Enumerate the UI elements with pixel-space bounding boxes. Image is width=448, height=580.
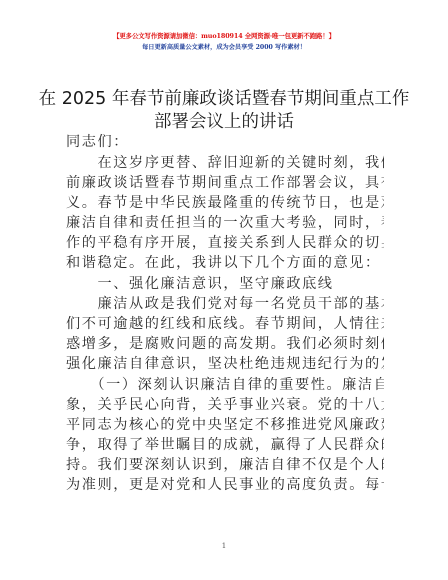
promo-header-line-2: 每日更新高质量公文素材，成为会员享受 2000 写作素材！: [0, 42, 448, 51]
subsection-line: （一）深刻认识廉洁自律的重要性。廉洁自律关乎党的形: [66, 375, 384, 395]
paragraph-line: 和谐稳定。在此，我讲以下几个方面的意见：: [66, 253, 384, 273]
page-number: 1: [0, 542, 448, 550]
paragraph-line: 前廉政谈话暨春节期间重点工作部署会议，具有极为重要的意: [66, 173, 384, 193]
paragraph-line: 象，关乎民心向背，关乎事业兴衰。党的十八大以来，以习近: [66, 395, 384, 415]
paragraph-line: 义。春节是中华民族最隆重的传统节日，也是对我们党员干部: [66, 193, 384, 213]
paragraph-line: 廉洁自律和责任担当的一次重大考验，同时，春节期间各项工: [66, 213, 384, 233]
paragraph-line: 争，取得了举世瞩目的成就，赢得了人民群众的衷心拥护和支: [66, 435, 384, 455]
paragraph-line: 平同志为核心的党中央坚定不移推进党风廉政建设和反腐败斗: [66, 415, 384, 435]
document-body: 在这岁序更替、辞旧迎新的关键时刻，我们召开这次春节 前廉政谈话暨春节期间重点工作…: [66, 153, 384, 495]
document-page: 【更多公文写作资源请加微信：muo180914 全网资源·唯一包更新不跑路！】 …: [0, 0, 448, 580]
paragraph-line: 惑增多，是腐败问题的高发期。我们必须时刻保持清醒头脑，: [66, 334, 384, 354]
paragraph-line: 在这岁序更替、辞旧迎新的关键时刻，我们召开这次春节: [66, 153, 384, 173]
document-title-line-1: 在 2025 年春节前廉政谈话暨春节期间重点工作: [0, 88, 448, 111]
paragraph-line: 持。我们要深刻认识到，廉洁自律不仅是个人的道德操守和行: [66, 455, 384, 475]
paragraph-line: 廉洁从政是我们党对每一名党员干部的基本要求，更是我: [66, 294, 384, 314]
salutation: 同志们：: [66, 132, 384, 152]
promo-header-line-1: 【更多公文写作资源请加微信：muo180914 全网资源·唯一包更新不跑路！】: [0, 31, 448, 40]
paragraph-line: 们不可逾越的红线和底线。春节期间，人情往来频繁，各种诱: [66, 314, 384, 334]
document-title-line-2: 部署会议上的讲话: [0, 111, 448, 134]
paragraph-line: 作的平稳有序开展，直接关系到人民群众的切身利益和社会的: [66, 233, 384, 253]
paragraph-line: 为准则，更是对党和人民事业的高度负责。每一名党员干部都: [66, 475, 384, 495]
section-heading: 一、强化廉洁意识，坚守廉政底线: [66, 274, 384, 294]
salutation-text: 同志们：: [66, 132, 384, 152]
paragraph-line: 强化廉洁自律意识，坚决杜绝违规违纪行为的发生。: [66, 354, 384, 374]
